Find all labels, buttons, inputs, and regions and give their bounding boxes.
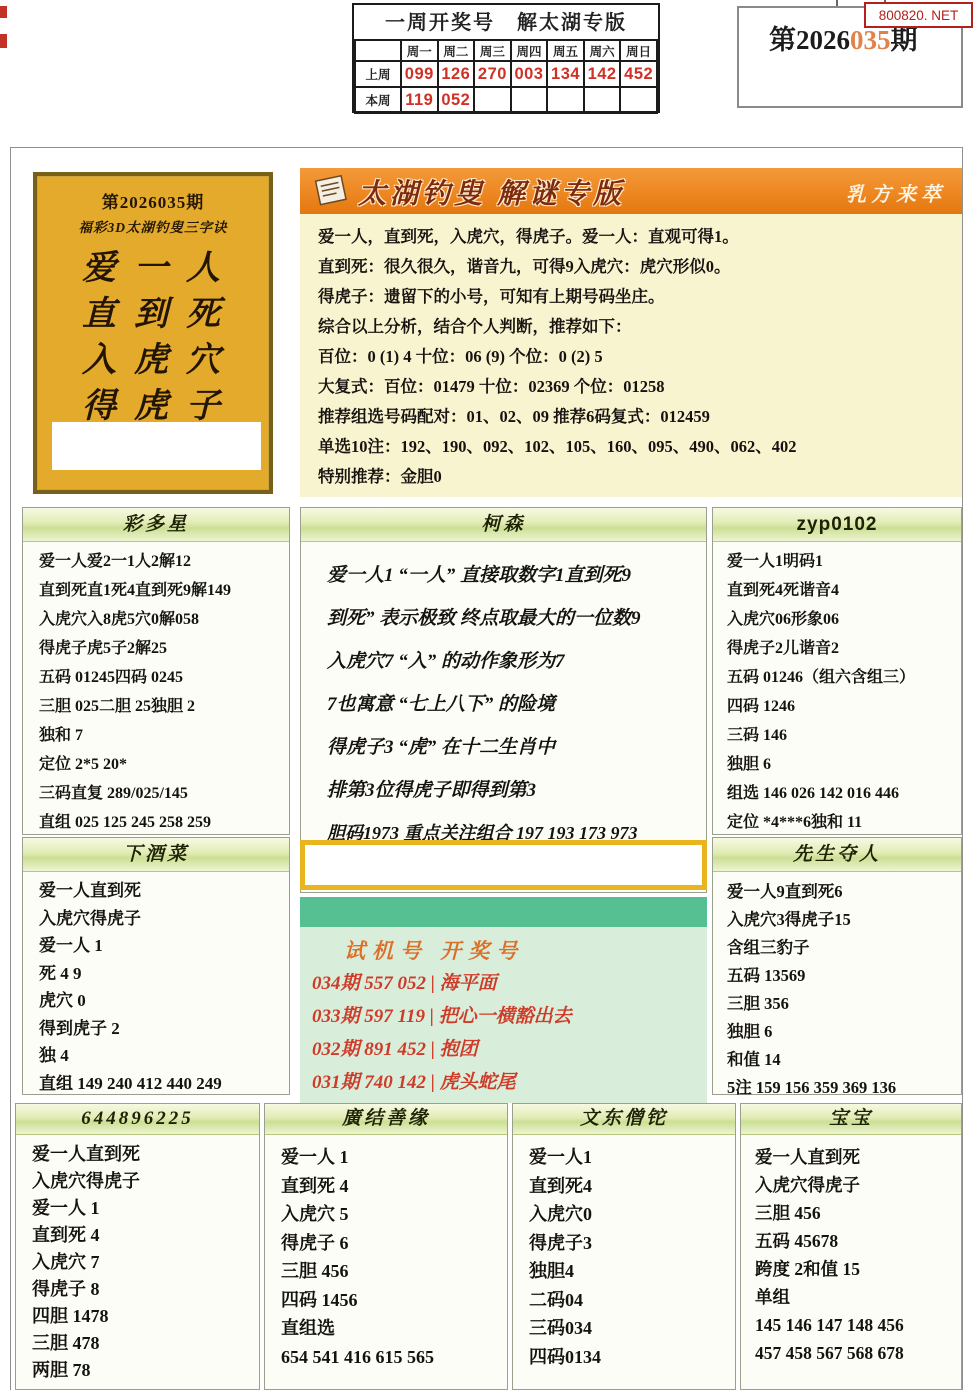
- draw-number: 099: [401, 61, 438, 87]
- list-line: 定位 *4***6独和 11: [727, 808, 961, 837]
- banner-title: 太湖钓叟 解谜专版: [358, 172, 625, 212]
- list-line: 直组 025 125 245 258 259: [39, 808, 289, 837]
- list-line: 定位 2*5 20*: [39, 750, 289, 779]
- week-table: 周一 周二 周三 周四 周五 周六 周日 上周 099 126 270 003 …: [354, 39, 658, 114]
- section-body: 爱一人直到死 入虎穴得虎子 爱一人 1 死 4 9 虎穴 0 得到虎子 2 独 …: [23, 872, 289, 1097]
- list-line: 三胆 025二胆 25独胆 2: [39, 692, 289, 721]
- day-header: 周六: [584, 40, 621, 61]
- history-title: 试机号 开奖号: [312, 935, 707, 967]
- day-header: 周五: [547, 40, 584, 61]
- gold-poem-panel: 第2026035期 福彩3D太湖钓叟三字诀 爱一人 直到死 入虎穴 得虎子: [33, 172, 273, 494]
- list-line: 五码 45678: [755, 1227, 961, 1255]
- list-line: 四码 1456: [281, 1286, 507, 1315]
- list-line: 得虎子 6: [281, 1229, 507, 1258]
- draw-number: [620, 87, 657, 113]
- section-title: 下酒菜: [23, 838, 289, 872]
- draw-number: [511, 87, 548, 113]
- analysis-line: 特别推荐：金胆0: [318, 462, 962, 492]
- poem-issue: 第2026035期: [37, 188, 269, 213]
- section-title: 廣结善缘: [265, 1104, 507, 1135]
- issue-suffix: 期: [891, 25, 918, 55]
- scan-artifact: [0, 34, 7, 48]
- list-line: 五码 01246（组六含组三）: [727, 663, 961, 692]
- section-644896225: 644896225 爱一人直到死 入虎穴得虎子 爱一人 1 直到死 4 入虎穴 …: [15, 1103, 260, 1390]
- list-line: 爱一人直到死: [39, 877, 289, 905]
- section-body: 爱一人爱2一1人2解12 直到死直1死4直到死9解149 入虎穴入8虎5穴0解0…: [23, 542, 289, 837]
- section-xiajiucai: 下酒菜 爱一人直到死 入虎穴得虎子 爱一人 1 死 4 9 虎穴 0 得到虎子 …: [22, 837, 290, 1095]
- list-line: 457 458 567 568 678: [755, 1339, 961, 1367]
- draw-number: [474, 87, 511, 113]
- draw-number: 126: [438, 61, 475, 87]
- draw-number: 142: [584, 61, 621, 87]
- list-line: 直到死直1死4直到死9解149: [39, 576, 289, 605]
- draw-number: 052: [438, 87, 475, 113]
- list-line: 入虎穴0: [529, 1200, 735, 1229]
- list-line: 爱一人直到死: [755, 1143, 961, 1171]
- list-line: 入虎穴入8虎5穴0解058: [39, 605, 289, 634]
- list-line: 爱一人9直到死6: [727, 878, 961, 906]
- analysis-line: 综合以上分析，结合个人判断，推荐如下：: [318, 312, 962, 342]
- list-line: 三胆 356: [727, 990, 961, 1018]
- week-draws-panel: 一周开奖号 解太湖专版 周一 周二 周三 周四 周五 周六 周日 上周 099 …: [352, 3, 660, 113]
- list-line: 排第3位得虎子即得到第3: [327, 769, 706, 812]
- history-row: 033期 597 119 | 把心一横豁出去: [312, 1000, 707, 1033]
- list-line: 直组 149 240 412 440 249: [39, 1070, 289, 1098]
- list-line: 入虎穴7 “入” 的动作象形为7: [327, 640, 706, 683]
- list-line: 得虎子虎5子2解25: [39, 634, 289, 663]
- section-baobao: 宝宝 爱一人直到死 入虎穴得虎子 三胆 456 五码 45678 跨度 2和值 …: [740, 1103, 962, 1390]
- draw-number: [547, 87, 584, 113]
- poem-line: 入虎穴: [37, 338, 269, 384]
- section-title: 彩多星: [23, 508, 289, 542]
- main-banner: 太湖钓叟 解谜专版 乳方来萃: [300, 168, 962, 214]
- list-line: 独 4: [39, 1042, 289, 1070]
- list-line: 五码 01245四码 0245: [39, 663, 289, 692]
- section-body: 爱一人1 “一人” 直接取数字1直到死9 到死” 表示极致 终点取最大的一位数9…: [301, 542, 706, 855]
- list-line: 直到死 4: [281, 1172, 507, 1201]
- draw-number: 452: [620, 61, 657, 87]
- list-line: 到死” 表示极致 终点取最大的一位数9: [327, 597, 706, 640]
- day-header: 周三: [474, 40, 511, 61]
- analysis-line: 爱一人，直到死，入虎穴，得虎子。爱一人：直观可得1。: [318, 222, 962, 252]
- list-line: 三胆 478: [32, 1330, 259, 1357]
- list-line: 死 4 9: [39, 960, 289, 988]
- analysis-panel: 爱一人，直到死，入虎穴，得虎子。爱一人：直观可得1。 直到死：很久很久，谐音九，…: [300, 214, 962, 497]
- list-line: 爱一人1: [529, 1143, 735, 1172]
- list-line: 独胆 6: [727, 750, 961, 779]
- list-line: 145 146 147 148 456: [755, 1311, 961, 1339]
- list-line: 五码 13569: [727, 962, 961, 990]
- section-kesen: 柯森 爱一人1 “一人” 直接取数字1直到死9 到死” 表示极致 终点取最大的一…: [300, 507, 707, 893]
- poem-line: 直到死: [37, 292, 269, 338]
- last-week-row: 上周 099 126 270 003 134 142 452: [355, 61, 657, 87]
- analysis-line: 百位：0 (1) 4 十位：06 (9) 个位：0 (2) 5: [318, 342, 962, 372]
- list-line: 5注 159 156 359 369 136: [727, 1074, 961, 1102]
- issue-highlight: 035: [850, 25, 891, 55]
- list-line: 二码04: [529, 1286, 735, 1315]
- section-title: 宝宝: [741, 1104, 961, 1135]
- poem-subtitle: 福彩3D太湖钓叟三字诀: [37, 216, 269, 236]
- note-icon: [312, 174, 352, 213]
- poem: 爱一人 直到死 入虎穴 得虎子: [37, 246, 269, 430]
- list-line: 虎穴 0: [39, 987, 289, 1015]
- scan-artifact: [0, 6, 7, 18]
- analysis-line: 直到死：很久很久，谐音九，可得9入虎穴：虎穴形似0。: [318, 252, 962, 282]
- list-line: 爱一人直到死: [32, 1141, 259, 1168]
- section-title: 文东僧铊: [513, 1104, 735, 1135]
- section-caiduoxing: 彩多星 爱一人爱2一1人2解12 直到死直1死4直到死9解149 入虎穴入8虎5…: [22, 507, 290, 835]
- list-line: 四胆 1478: [32, 1303, 259, 1330]
- banner-right-note: 乳方来萃: [846, 178, 946, 207]
- poem-line: 爱一人: [37, 246, 269, 292]
- this-week-row: 本周 119 052: [355, 87, 657, 113]
- list-line: 入虎穴得虎子: [755, 1171, 961, 1199]
- list-line: 四码0134: [529, 1343, 735, 1372]
- site-badge: 800820. NET: [864, 2, 973, 28]
- list-line: 入虎穴06形象06: [727, 605, 961, 634]
- analysis-line: 大复式：百位：01479 十位：02369 个位：01258: [318, 372, 962, 402]
- day-header: 周二: [438, 40, 475, 61]
- analysis-line: 得虎子：遗留下的小号，可知有上期号码坐庄。: [318, 282, 962, 312]
- list-line: 爱一人 1: [281, 1143, 507, 1172]
- section-xiansheng: 先生夺人 爱一人9直到死6 入虎穴3得虎子15 含组三豹子 五码 13569 三…: [712, 837, 962, 1095]
- list-line: 直到死 4: [32, 1222, 259, 1249]
- list-line: 入虎穴3得虎子15: [727, 906, 961, 934]
- list-line: 入虎穴 7: [32, 1249, 259, 1276]
- section-body: 爱一人直到死 入虎穴得虎子 爱一人 1 直到死 4 入虎穴 7 得虎子 8 四胆…: [16, 1135, 259, 1384]
- draw-number: 134: [547, 61, 584, 87]
- list-line: 入虎穴 5: [281, 1200, 507, 1229]
- list-line: 爱一人1 “一人” 直接取数字1直到死9: [327, 554, 706, 597]
- list-line: 得虎子3 “虎” 在十二生肖中: [327, 726, 706, 769]
- list-line: 爱一人 1: [39, 932, 289, 960]
- list-line: 得虎子 8: [32, 1276, 259, 1303]
- list-line: 爱一人爱2一1人2解12: [39, 547, 289, 576]
- draw-number: 003: [511, 61, 548, 87]
- week-table-title: 一周开奖号 解太湖专版: [354, 5, 658, 39]
- list-line: 入虎穴得虎子: [32, 1168, 259, 1195]
- list-line: 独胆4: [529, 1257, 735, 1286]
- history-row: 034期 557 052 | 海平面: [312, 967, 707, 1000]
- list-line: 跨度 2和值 15: [755, 1255, 961, 1283]
- day-header: 周一: [401, 40, 438, 61]
- list-line: 组选 146 026 142 016 446: [727, 779, 961, 808]
- draw-number: 119: [401, 87, 438, 113]
- draw-number: [584, 87, 621, 113]
- section-body: 爱一人1 直到死4 入虎穴0 得虎子3 独胆4 二码04 三码034 四码013…: [513, 1135, 735, 1371]
- row-label: 本周: [355, 87, 401, 113]
- section-title: zyp0102: [713, 508, 961, 542]
- section-title: 先生夺人: [713, 838, 961, 872]
- list-line: 三码 146: [727, 721, 961, 750]
- list-line: 654 541 416 615 565: [281, 1343, 507, 1372]
- section-body: 爱一人9直到死6 入虎穴3得虎子15 含组三豹子 五码 13569 三胆 356…: [713, 872, 961, 1102]
- corner-cell: [355, 40, 401, 61]
- list-line: 爱一人1明码1: [727, 547, 961, 576]
- analysis-line: 单选10注：192、190、092、102、105、160、095、490、06…: [318, 432, 962, 462]
- list-line: 直到死4死谐音4: [727, 576, 961, 605]
- day-header: 周四: [511, 40, 548, 61]
- row-label: 上周: [355, 61, 401, 87]
- list-line: 直组选: [281, 1314, 507, 1343]
- section-title: 柯森: [301, 508, 706, 542]
- list-line: 两胆 78: [32, 1357, 259, 1384]
- analysis-line: 推荐组选号码配对：01、02、09 推荐6码复式：012459: [318, 402, 962, 432]
- list-line: 得虎子3: [529, 1229, 735, 1258]
- list-line: 三码直复 289/025/145: [39, 779, 289, 808]
- section-title: 644896225: [16, 1104, 259, 1135]
- draw-number: 270: [474, 61, 511, 87]
- list-line: 7也寓意 “七上八下” 的险境: [327, 683, 706, 726]
- list-line: 四码 1246: [727, 692, 961, 721]
- history-row: 032期 891 452 | 抱团: [312, 1033, 707, 1066]
- list-line: 直到死4: [529, 1172, 735, 1201]
- list-line: 得虎子2儿谐音2: [727, 634, 961, 663]
- list-line: 含组三豹子: [727, 934, 961, 962]
- section-draw-history: 试机号 开奖号 034期 557 052 | 海平面 033期 597 119 …: [300, 897, 707, 1095]
- history-row: 031期 740 142 | 虎头蛇尾: [312, 1066, 707, 1099]
- list-line: 和值 14: [727, 1046, 961, 1074]
- section-body: 爱一人1明码1 直到死4死谐音4 入虎穴06形象06 得虎子2儿谐音2 五码 0…: [713, 542, 961, 837]
- history-body: 试机号 开奖号 034期 557 052 | 海平面 033期 597 119 …: [300, 927, 707, 1103]
- blank-strip: [52, 422, 261, 470]
- section-guangjieshanyuan: 廣结善缘 爱一人 1 直到死 4 入虎穴 5 得虎子 6 三胆 456 四码 1…: [264, 1103, 508, 1390]
- list-line: 独和 7: [39, 721, 289, 750]
- list-line: 三胆 456: [755, 1199, 961, 1227]
- section-body: 爱一人 1 直到死 4 入虎穴 5 得虎子 6 三胆 456 四码 1456 直…: [265, 1135, 507, 1371]
- list-line: 得到虎子 2: [39, 1015, 289, 1043]
- list-line: 独胆 6: [727, 1018, 961, 1046]
- list-line: 单组: [755, 1283, 961, 1311]
- list-line: 三胆 456: [281, 1257, 507, 1286]
- history-header-bar: [300, 897, 707, 927]
- list-line: 入虎穴得虎子: [39, 905, 289, 933]
- list-line: 爱一人 1: [32, 1195, 259, 1222]
- day-header: 周日: [620, 40, 657, 61]
- section-wendong: 文东僧铊 爱一人1 直到死4 入虎穴0 得虎子3 独胆4 二码04 三码034 …: [512, 1103, 736, 1390]
- section-body: 爱一人直到死 入虎穴得虎子 三胆 456 五码 45678 跨度 2和值 15 …: [741, 1135, 961, 1367]
- highlight-strip: [300, 840, 707, 890]
- section-zyp0102: zyp0102 爱一人1明码1 直到死4死谐音4 入虎穴06形象06 得虎子2儿…: [712, 507, 962, 835]
- week-header-row: 周一 周二 周三 周四 周五 周六 周日: [355, 40, 657, 61]
- list-line: 三码034: [529, 1314, 735, 1343]
- issue-prefix: 第2026: [769, 25, 850, 55]
